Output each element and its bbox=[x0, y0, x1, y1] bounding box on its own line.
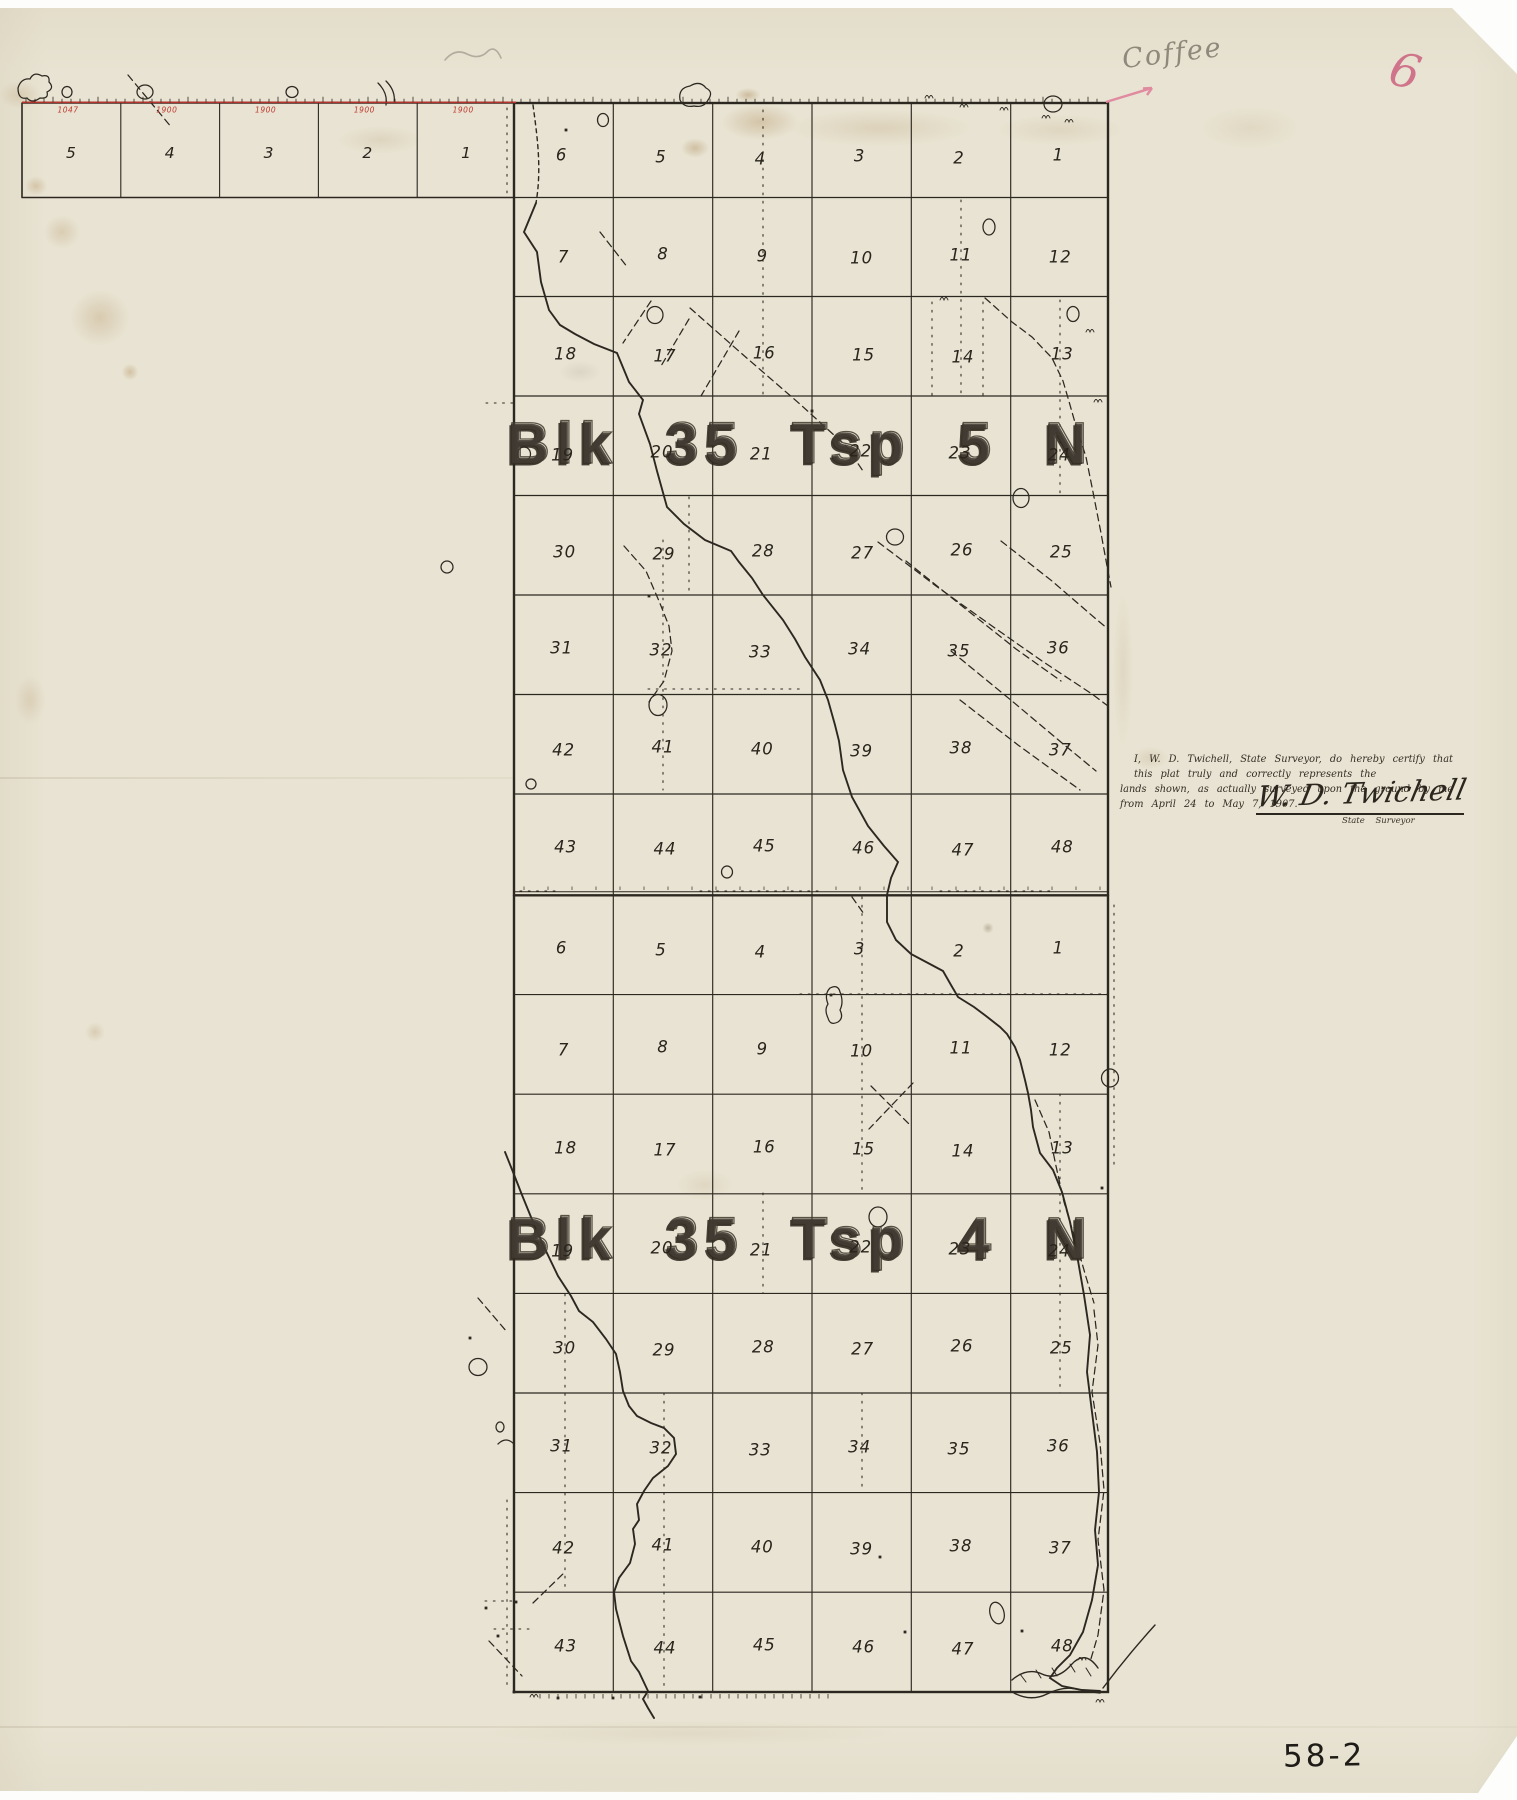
section-number: 26 bbox=[950, 1337, 973, 1356]
signature-title: State Surveyor bbox=[1342, 816, 1415, 826]
section-number: 44 bbox=[653, 1639, 676, 1658]
section-number: 31 bbox=[550, 639, 573, 658]
section-number: 4 bbox=[755, 150, 767, 169]
section-number: 24 bbox=[1048, 1241, 1071, 1260]
section-number: 3 bbox=[264, 144, 275, 162]
section-number: 32 bbox=[649, 641, 672, 660]
section-number: 28 bbox=[752, 1338, 775, 1357]
section-number: 37 bbox=[1049, 740, 1072, 759]
section-number: 6 bbox=[556, 938, 568, 957]
township-outline bbox=[514, 103, 1108, 1692]
section-number: 14 bbox=[951, 1142, 974, 1161]
section-number: 15 bbox=[852, 345, 875, 364]
section-number: 38 bbox=[949, 738, 972, 757]
section-number: 17 bbox=[653, 346, 676, 365]
section-number: 3 bbox=[854, 147, 866, 166]
section-number: 23 bbox=[948, 1239, 971, 1258]
section-number: 4 bbox=[755, 942, 767, 961]
dashed-draws bbox=[128, 75, 1111, 1676]
section-number: 25 bbox=[1050, 542, 1073, 561]
section-number: 39 bbox=[850, 1540, 873, 1559]
section-number: 20 bbox=[650, 443, 673, 462]
red-measurement: 1047 bbox=[57, 106, 78, 115]
section-number: 23 bbox=[948, 444, 971, 463]
section-number: 34 bbox=[848, 640, 871, 659]
section-number: 12 bbox=[1049, 1041, 1072, 1060]
section-number: 40 bbox=[751, 1538, 774, 1557]
section-number: 6 bbox=[556, 146, 568, 165]
section-lines-horizontal-t5n bbox=[514, 198, 1108, 795]
section-number: 4 bbox=[165, 144, 176, 162]
section-number: 17 bbox=[653, 1141, 676, 1160]
section-number: 42 bbox=[552, 1539, 575, 1558]
section-number: 43 bbox=[554, 837, 577, 856]
section-number: 40 bbox=[751, 739, 774, 758]
section-number: 31 bbox=[550, 1436, 573, 1455]
section-number: 25 bbox=[1050, 1339, 1073, 1358]
section-number: 9 bbox=[757, 1040, 769, 1059]
red-measurement: 1900 bbox=[354, 106, 375, 115]
section-number: 7 bbox=[558, 247, 570, 266]
section-number: 36 bbox=[1047, 639, 1070, 658]
section-number: 2 bbox=[362, 144, 373, 162]
section-number: 21 bbox=[750, 1240, 773, 1259]
red-measurement: 1900 bbox=[453, 106, 474, 115]
section-number: 24 bbox=[1048, 446, 1071, 465]
section-number: 41 bbox=[651, 737, 674, 756]
section-number: 29 bbox=[652, 1341, 675, 1360]
scanned-survey-plat: Blk 35 Tsp 5 N Blk 35 Tsp 4 N 54321 1047… bbox=[0, 0, 1517, 1800]
section-number: 44 bbox=[653, 839, 676, 858]
section-number: 48 bbox=[1051, 837, 1074, 856]
section-number: 48 bbox=[1051, 1637, 1074, 1656]
section-number: 11 bbox=[949, 1039, 972, 1058]
pencil-scribble bbox=[445, 49, 501, 60]
red-measurement: 1900 bbox=[255, 106, 276, 115]
section-number: 22 bbox=[849, 1237, 872, 1256]
section-number: 45 bbox=[753, 1636, 776, 1655]
section-number: 34 bbox=[848, 1437, 871, 1456]
chain-tick-marks bbox=[26, 97, 1103, 1700]
section-number: 12 bbox=[1049, 247, 1072, 266]
section-number: 5 bbox=[655, 148, 667, 167]
section-number: 19 bbox=[551, 1241, 574, 1260]
section-number: 43 bbox=[554, 1637, 577, 1656]
section-number: 5 bbox=[66, 144, 77, 162]
section-number: 19 bbox=[551, 446, 574, 465]
section-number: 26 bbox=[950, 540, 973, 559]
section-number: 1 bbox=[1053, 938, 1065, 957]
section-number: 33 bbox=[749, 643, 772, 662]
section-number: 8 bbox=[657, 1038, 669, 1057]
section-number: 5 bbox=[655, 940, 667, 959]
section-number: 38 bbox=[949, 1537, 972, 1556]
section-number: 30 bbox=[553, 542, 576, 561]
section-number: 3 bbox=[854, 939, 866, 958]
section-number: 27 bbox=[851, 1340, 874, 1359]
section-number: 41 bbox=[651, 1536, 674, 1555]
section-number: 46 bbox=[852, 1638, 875, 1657]
section-number: 20 bbox=[650, 1238, 673, 1257]
section-number: 13 bbox=[1051, 1139, 1074, 1158]
section-number: 27 bbox=[851, 543, 874, 562]
section-number: 21 bbox=[750, 445, 773, 464]
section-number: 1 bbox=[461, 144, 472, 162]
section-number: 37 bbox=[1049, 1539, 1072, 1558]
creek-mouth-braid bbox=[1012, 1625, 1155, 1698]
section-number: 11 bbox=[949, 245, 972, 264]
section-number: 2 bbox=[953, 149, 965, 168]
section-number: 13 bbox=[1051, 344, 1074, 363]
section-number: 42 bbox=[552, 740, 575, 759]
section-number: 39 bbox=[850, 741, 873, 760]
section-number: 45 bbox=[753, 836, 776, 855]
signature-underline bbox=[1256, 813, 1464, 815]
section-number: 47 bbox=[951, 1640, 974, 1659]
section-number: 33 bbox=[749, 1440, 772, 1459]
pink-arrow bbox=[1106, 88, 1152, 102]
section-number: 30 bbox=[553, 1339, 576, 1358]
survey-grid-drawing bbox=[0, 0, 1517, 1800]
section-number: 46 bbox=[852, 838, 875, 857]
section-number: 7 bbox=[558, 1041, 570, 1060]
section-number: 9 bbox=[757, 246, 769, 265]
archive-code: 58-2 bbox=[1283, 1737, 1366, 1774]
dotted-quarter-lines bbox=[485, 108, 1114, 1690]
section-number: 1 bbox=[1053, 146, 1065, 165]
section-number: 14 bbox=[951, 347, 974, 366]
section-number: 35 bbox=[947, 1439, 970, 1458]
section-number: 47 bbox=[951, 840, 974, 859]
section-number: 29 bbox=[652, 544, 675, 563]
red-measurement: 1900 bbox=[156, 106, 177, 115]
section-number: 36 bbox=[1047, 1436, 1070, 1455]
township-title-4n: Blk 35 Tsp 4 N bbox=[508, 1205, 1008, 1272]
creek-upper-dashed-head bbox=[533, 105, 539, 203]
section-number: 2 bbox=[953, 941, 965, 960]
section-lines-horizontal-t4n bbox=[514, 995, 1108, 1593]
section-number: 22 bbox=[849, 442, 872, 461]
section-number: 18 bbox=[554, 344, 577, 363]
section-number: 16 bbox=[753, 343, 776, 362]
section-number: 10 bbox=[850, 248, 873, 267]
section-number: 15 bbox=[852, 1140, 875, 1159]
section-number: 35 bbox=[947, 642, 970, 661]
section-number: 8 bbox=[657, 244, 669, 263]
township-title-5n: Blk 35 Tsp 5 N bbox=[508, 410, 1008, 477]
section-number: 28 bbox=[752, 541, 775, 560]
section-number: 18 bbox=[554, 1139, 577, 1158]
section-number: 16 bbox=[753, 1138, 776, 1157]
section-number: 32 bbox=[649, 1438, 672, 1457]
section-number: 10 bbox=[850, 1042, 873, 1061]
grass-symbols bbox=[530, 96, 1104, 1703]
